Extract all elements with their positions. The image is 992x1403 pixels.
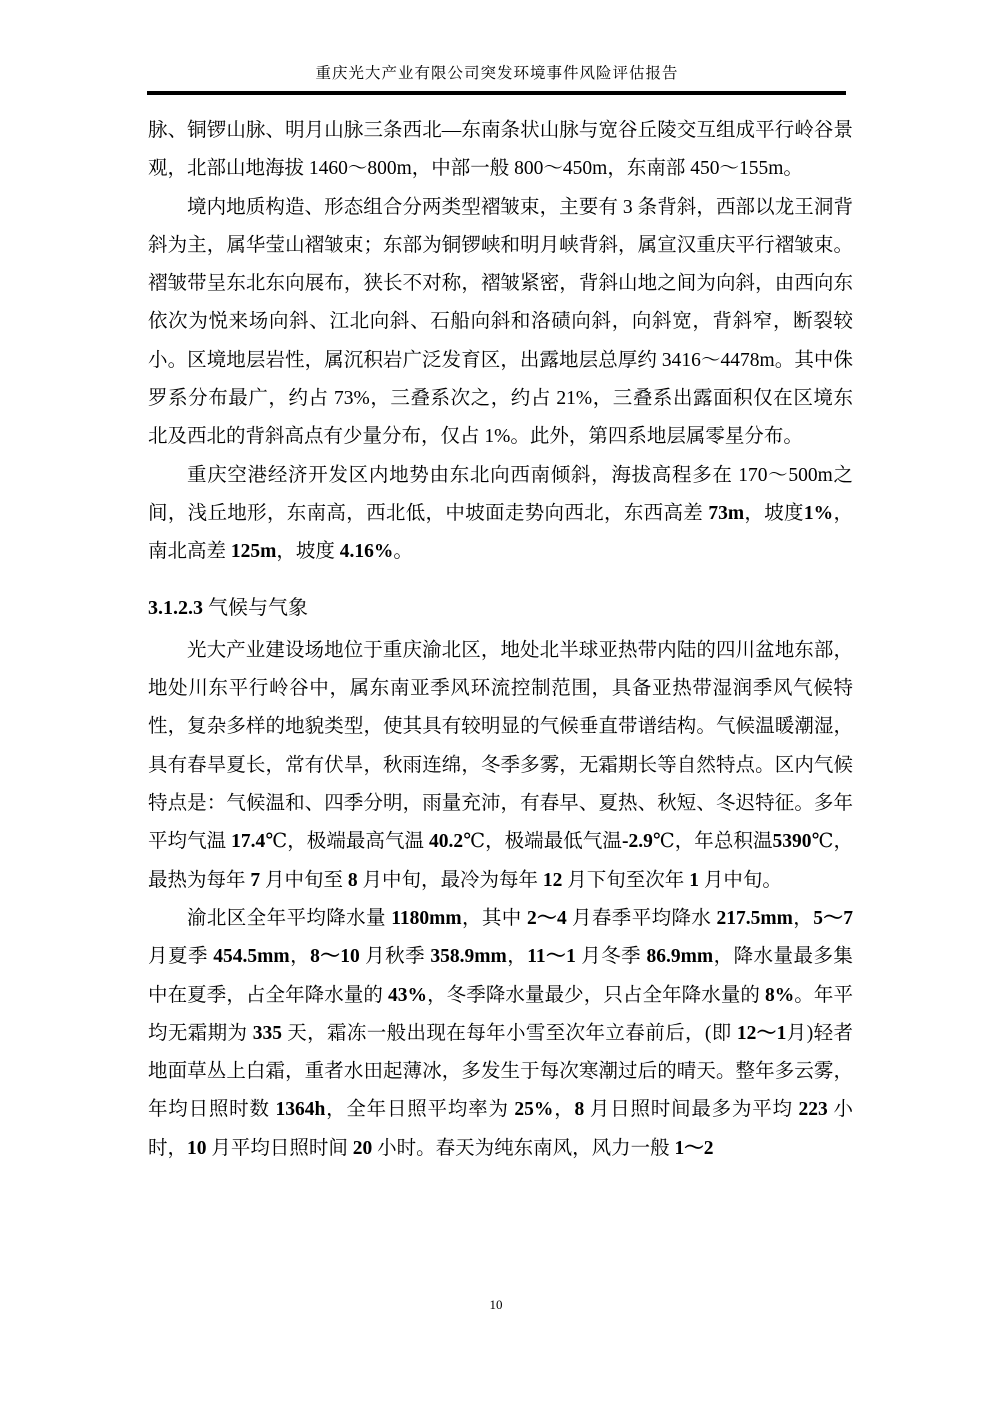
text-run: 境内地质构造、形态组合分两类型褶皱束，主要有 3 条背斜，西部以龙王洞背斜为主，…: [148, 197, 853, 448]
text-run: 月平均日照时间: [207, 1138, 353, 1159]
bold-text-run: 7: [250, 870, 260, 891]
bold-text-run: 73m: [708, 503, 744, 524]
bold-text-run: 454.5mm: [213, 946, 289, 967]
bold-text-run: 217.5mm: [717, 908, 793, 929]
text-run: 天，霜冻一般出现在每年小雪至次年立春前后，(即: [282, 1023, 737, 1044]
text-run: ，坡度: [744, 503, 804, 524]
text-run: 月中旬，最冷为每年: [358, 870, 543, 891]
bold-text-run: 358.9mm: [430, 946, 506, 967]
text-run: 气候与气象: [208, 597, 308, 619]
bold-text-run: 10: [187, 1138, 207, 1159]
bold-text-run: 1364h: [275, 1099, 325, 1120]
bold-text-run: 1180mm: [391, 908, 461, 929]
bold-text-run: 1%: [804, 503, 833, 524]
text-run: 月中旬至: [260, 870, 348, 891]
running-header-title: 重庆光大产业有限公司突发环境事件风险评估报告: [147, 61, 847, 83]
text-run: ，冬季降水量最少，只占全年降水量的: [427, 985, 765, 1006]
document-page: 重庆光大产业有限公司突发环境事件风险评估报告 脉、铜锣山脉、明月山脉三条西北—东…: [0, 0, 992, 1403]
bold-text-run: 12～1: [737, 1023, 787, 1044]
bold-text-run: 8～10: [310, 946, 360, 967]
text-run: ，其中: [462, 908, 527, 929]
bold-text-run: 4.16%: [340, 541, 394, 562]
text-run: ，: [290, 946, 310, 967]
bold-text-run: 8: [348, 870, 358, 891]
document-body: 脉、铜锣山脉、明月山脉三条西北—东南条状山脉与宽谷丘陵交互组成平行岭谷景观，北部…: [148, 112, 853, 1168]
bold-text-run: 12: [543, 870, 563, 891]
bold-text-run: 40.2: [429, 831, 463, 852]
bold-text-run: 5390: [773, 831, 812, 852]
text-run: 。: [393, 541, 413, 562]
bold-text-run: 25%: [514, 1099, 553, 1120]
bold-text-run: 8: [575, 1099, 585, 1120]
text-run: 小时。春天为纯东南风，风力一般: [372, 1138, 674, 1159]
text-run: ，: [793, 908, 813, 929]
page-number: 10: [490, 1297, 503, 1312]
bold-text-run: 223: [799, 1099, 828, 1120]
bold-text-run: 43%: [388, 985, 427, 1006]
text-run: 月中旬。: [699, 870, 782, 891]
text-run: 月秋季: [360, 946, 431, 967]
text-run: 脉、铜锣山脉、明月山脉三条西北—东南条状山脉与宽谷丘陵交互组成平行岭谷景观，北部…: [148, 120, 853, 179]
text-run: ℃，极端最高气温: [265, 831, 429, 852]
page-footer: 10: [0, 1297, 992, 1313]
bold-text-run: 20: [353, 1138, 373, 1159]
section-heading: 3.1.2.3 气候与气象: [148, 589, 853, 627]
bold-text-run: 1～2: [675, 1138, 714, 1159]
bold-text-run: 125m: [231, 541, 277, 562]
text-run: ℃，极端最低气温: [463, 831, 622, 852]
text-run: ，坡度: [276, 541, 339, 562]
bold-text-run: -2.9: [622, 831, 653, 852]
bold-text-run: 1: [689, 870, 699, 891]
text-run: 月春季平均降水: [567, 908, 717, 929]
header-divider: [147, 91, 846, 95]
text-run: 月日照时间最多为平均: [584, 1099, 798, 1120]
bold-text-run: 86.9mm: [647, 946, 714, 967]
text-run: ，: [553, 1099, 574, 1120]
paragraph: 重庆空港经济开发区内地势由东北向西南倾斜，海拔高程多在 170～500m之间，浅…: [148, 457, 853, 572]
text-run: 渝北区全年平均降水量: [187, 908, 391, 929]
bold-text-run: 335: [253, 1023, 282, 1044]
text-run: ，全年日照平均率为: [325, 1099, 514, 1120]
bold-text-run: 3.1.2.3: [148, 597, 208, 619]
text-run: 光大产业建设场地位于重庆渝北区，地处北半球亚热带内陆的四川盆地东部，地处川东平行…: [148, 640, 853, 852]
paragraph: 境内地质构造、形态组合分两类型褶皱束，主要有 3 条背斜，西部以龙王洞背斜为主，…: [148, 189, 853, 457]
text-run: 月夏季: [148, 946, 213, 967]
bold-text-run: 2～4: [527, 908, 567, 929]
bold-text-run: 11～1: [527, 946, 576, 967]
text-run: 月冬季: [576, 946, 647, 967]
text-run: 月下旬至次年: [562, 870, 689, 891]
paragraph: 脉、铜锣山脉、明月山脉三条西北—东南条状山脉与宽谷丘陵交互组成平行岭谷景观，北部…: [148, 112, 853, 189]
text-run: ℃，年总积温: [653, 831, 773, 852]
bold-text-run: 5～7: [813, 908, 853, 929]
bold-text-run: 17.4: [231, 831, 265, 852]
paragraph: 渝北区全年平均降水量 1180mm，其中 2～4 月春季平均降水 217.5mm…: [148, 900, 853, 1168]
paragraph: 光大产业建设场地位于重庆渝北区，地处北半球亚热带内陆的四川盆地东部，地处川东平行…: [148, 632, 853, 900]
bold-text-run: 8%: [765, 985, 794, 1006]
text-run: ，: [507, 946, 527, 967]
